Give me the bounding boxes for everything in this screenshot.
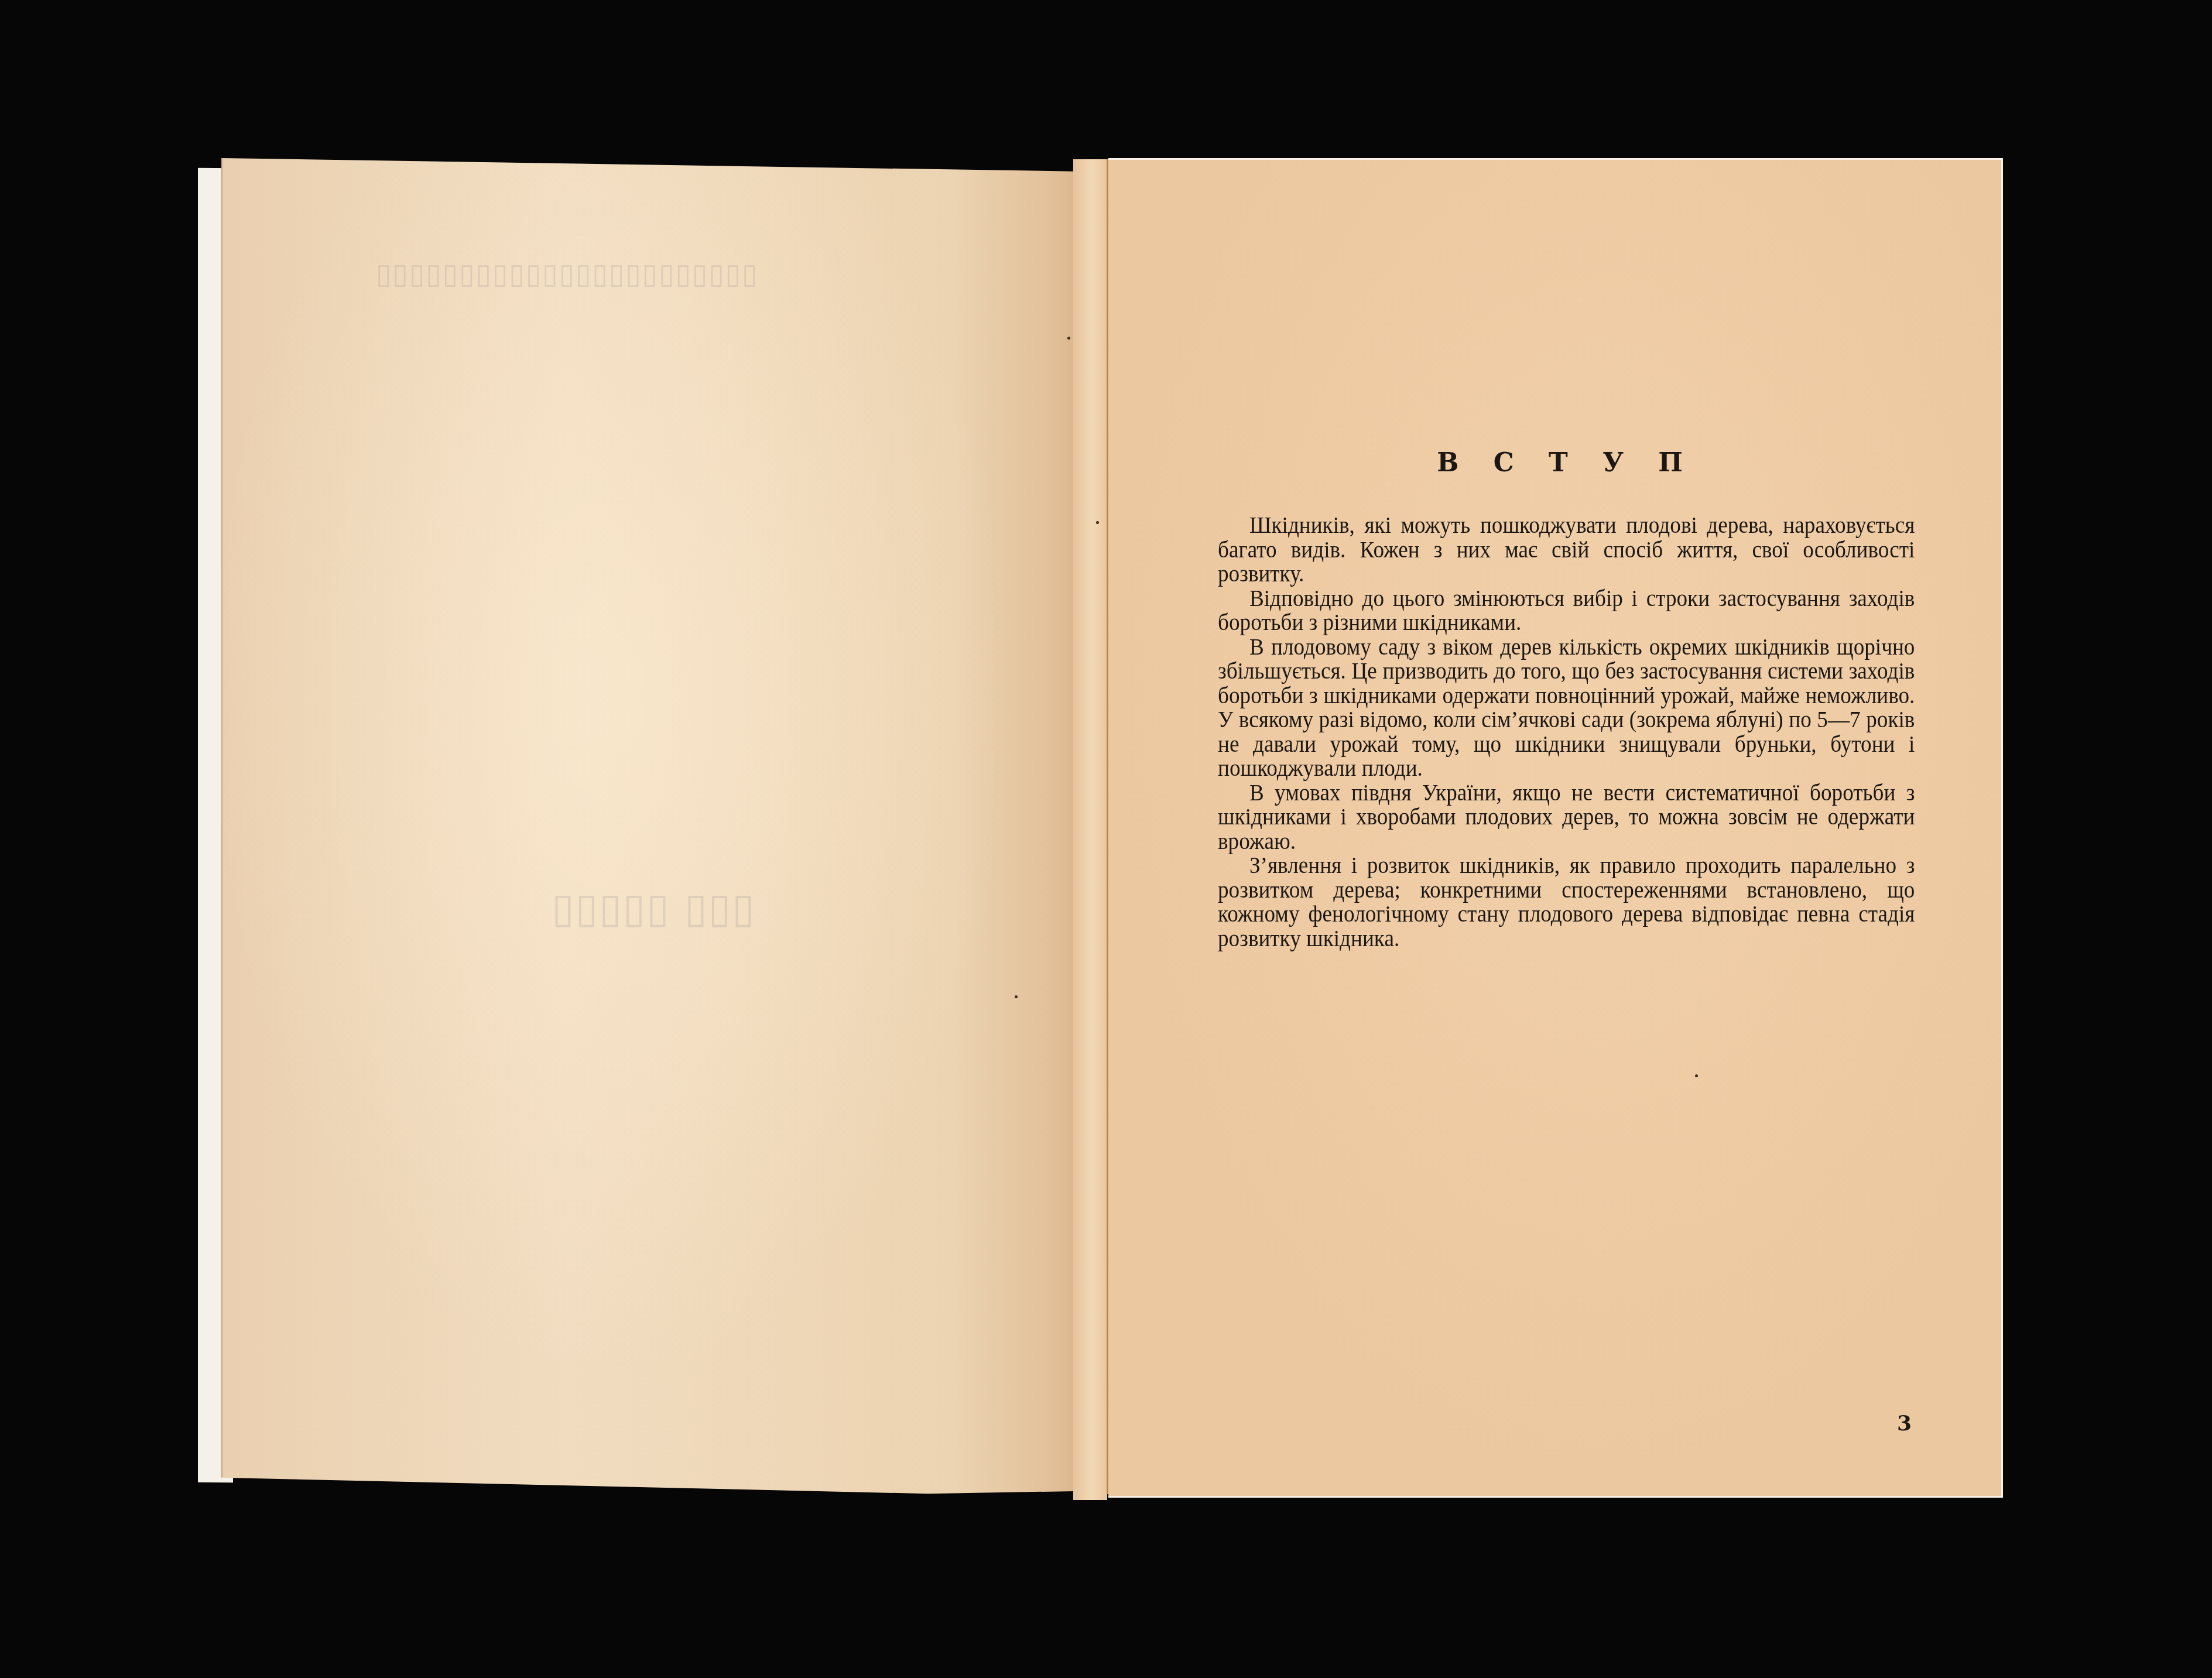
bleed-through-stamp: ▯▯▯ ▯▯▯▯▯ (550, 884, 754, 932)
paper-speck (1096, 521, 1099, 524)
left-page: ▯▯▯▯▯▯▯▯▯▯▯▯▯▯▯▯▯▯▯▯▯▯▯ ▯▯▯ ▯▯▯▯▯ (221, 158, 1083, 1502)
page-number: 3 (1897, 1411, 1912, 1436)
spine-fold (1073, 159, 1107, 1500)
paper-speck (1067, 337, 1070, 340)
bleed-through-text: ▯▯▯▯▯▯▯▯▯▯▯▯▯▯▯▯▯▯▯▯▯▯▯ (375, 258, 758, 290)
paragraph-1: Шкідників, які можуть пошкоджувати плодо… (1218, 513, 1915, 586)
paragraph-3: В плодовому саду з віком дерев кількість… (1218, 635, 1915, 780)
paper-speck (1695, 1074, 1698, 1077)
paper-speck (1015, 995, 1018, 998)
paragraph-2: Відповідно до цього змінюються вибір і с… (1218, 586, 1915, 635)
paragraph-5: З’явлення і розвиток шкідників, як прави… (1218, 853, 1915, 950)
page-title: В С Т У П (1218, 448, 1915, 478)
paragraph-4: В умовах півдня України, якщо не вести с… (1218, 780, 1915, 854)
page-content: В С Т У П Шкідників, які можуть пошкоджу… (1218, 448, 1915, 950)
